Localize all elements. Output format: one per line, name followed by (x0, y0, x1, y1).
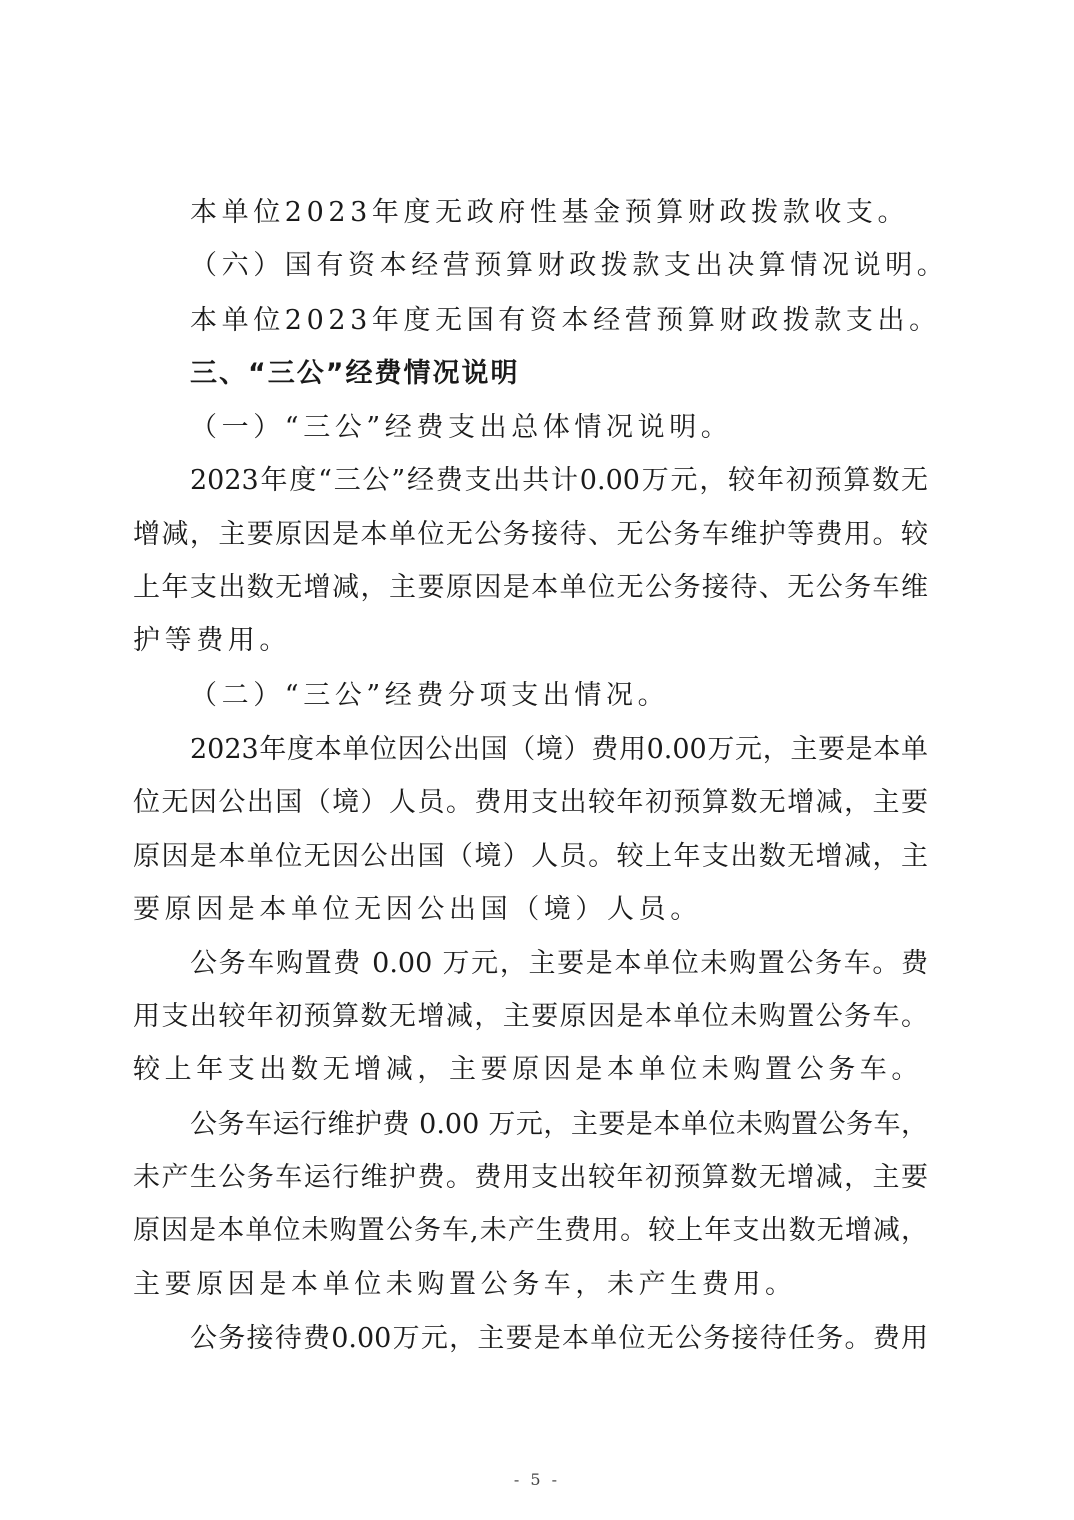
text-line-1: 本单位2023年度无政府性基金预算财政拨款收支。 (190, 193, 928, 233)
section-heading: 三、“三公”经费情况说明 (190, 354, 928, 394)
text-line-7: 增减，主要原因是本单位无公务接待、无公务车维护等费用。较 (133, 515, 928, 555)
text-line-12: 位无因公出国（境）人员。费用支出较年初预算数无增减，主要 (133, 783, 928, 823)
text-line-22: 公务接待费0.00万元，主要是本单位无公务接待任务。费用 (190, 1319, 928, 1359)
text-line-6: 2023年度“三公”经费支出共计0.00万元，较年初预算数无 (190, 461, 928, 501)
text-line-13: 原因是本单位无因公出国（境）人员。较上年支出数无增减，主 (133, 837, 928, 877)
text-line-19: 未产生公务车运行维护费。费用支出较年初预算数无增减，主要 (133, 1158, 928, 1198)
subsection-heading-2: （二）“三公”经费分项支出情况。 (190, 676, 928, 716)
text-line-20: 原因是本单位未购置公务车,未产生费用。较上年支出数无增减， (133, 1211, 928, 1251)
subsection-heading-1: （一）“三公”经费支出总体情况说明。 (190, 408, 928, 448)
text-line-18: 公务车运行维护费 0.00 万元，主要是本单位未购置公务车， (190, 1105, 928, 1145)
text-line-21: 主要原因是本单位未购置公务车，未产生费用。 (133, 1265, 928, 1305)
text-line-16: 用支出较年初预算数无增减，主要原因是本单位未购置公务车。 (133, 997, 928, 1037)
text-line-14: 要原因是本单位无因公出国（境）人员。 (133, 890, 928, 930)
text-line-2: （六）国有资本经营预算财政拨款支出决算情况说明。 (190, 246, 928, 286)
document-page: 本单位2023年度无政府性基金预算财政拨款收支。 （六）国有资本经营预算财政拨款… (0, 0, 1074, 1520)
text-line-9: 护等费用。 (133, 621, 928, 661)
text-line-15: 公务车购置费 0.00 万元，主要是本单位未购置公务车。费 (190, 944, 928, 984)
page-number: - 5 - (0, 1470, 1074, 1489)
text-line-3: 本单位2023年度无国有资本经营预算财政拨款支出。 (190, 301, 928, 341)
text-line-17: 较上年支出数无增减，主要原因是本单位未购置公务车。 (133, 1050, 928, 1090)
text-line-11: 2023年度本单位因公出国（境）费用0.00万元，主要是本单 (190, 730, 928, 770)
text-line-8: 上年支出数无增减，主要原因是本单位无公务接待、无公务车维 (133, 568, 928, 608)
